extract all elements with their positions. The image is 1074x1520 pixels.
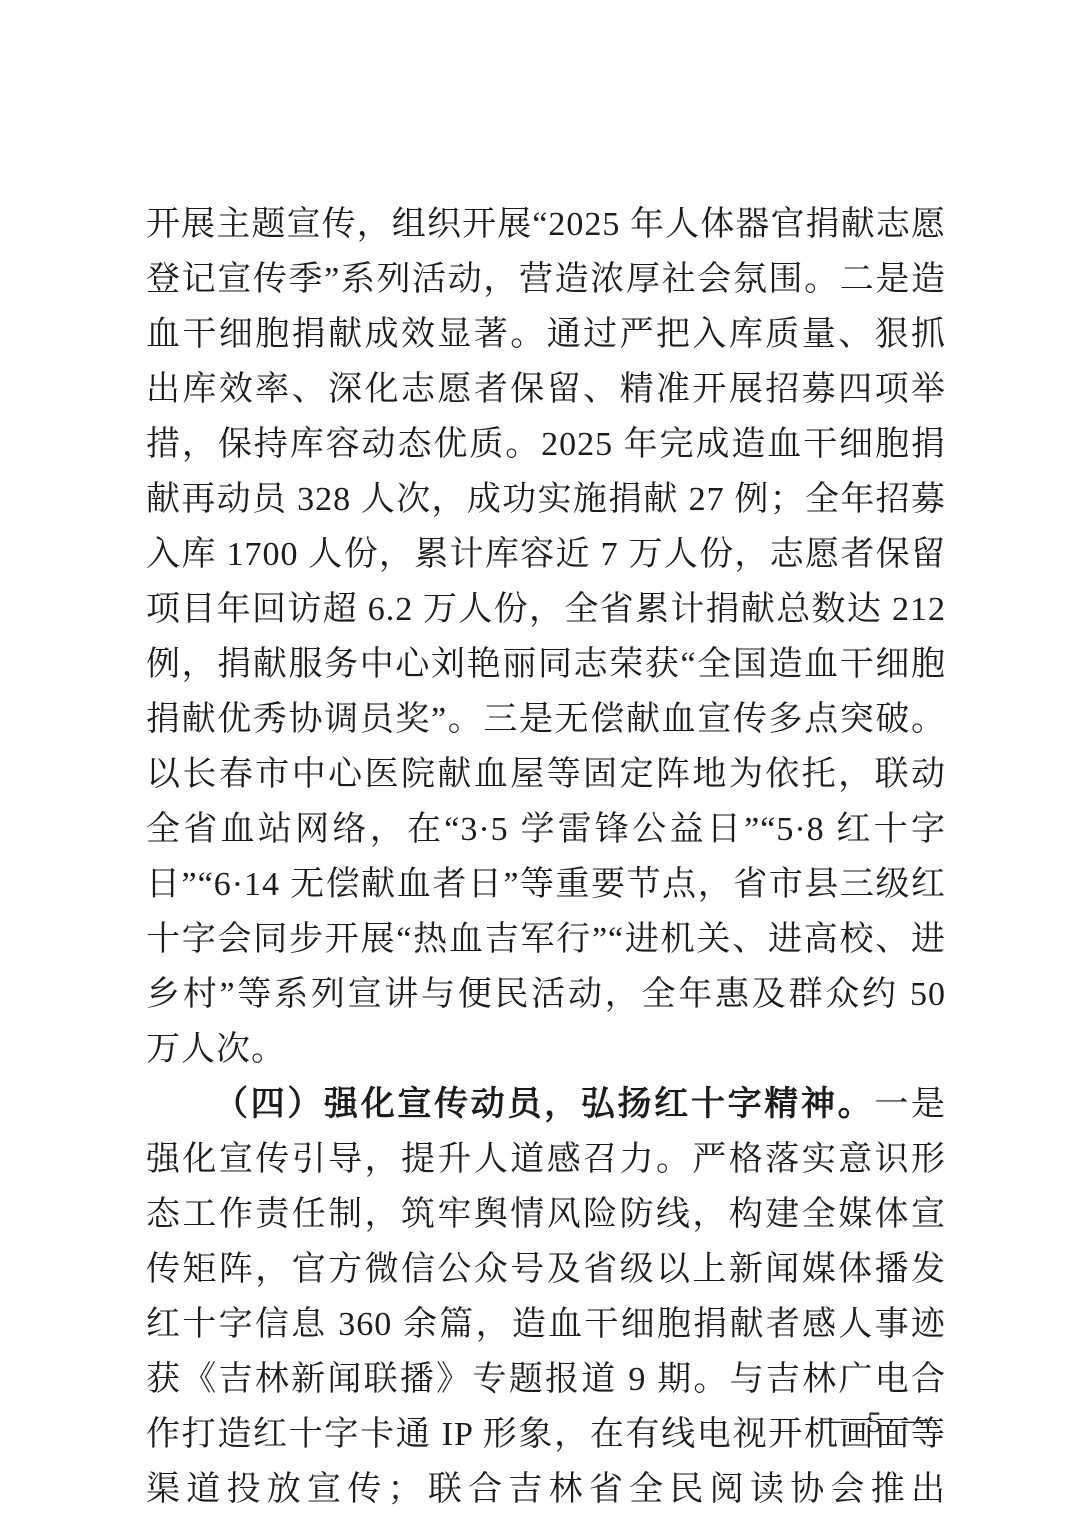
page-number: 5 bbox=[867, 1408, 882, 1438]
paragraph-continuation: 开展主题宣传，组织开展“2025 年人体器官捐献志愿登记宣传季”系列活动，营造浓… bbox=[146, 197, 946, 1077]
paragraph-section-four-text: 一是强化宣传引导，提升人道感召力。严格落实意识形态工作责任制，筑牢舆情风险防线，… bbox=[146, 1086, 946, 1508]
paragraph-continuation-text: 开展主题宣传，组织开展“2025 年人体器官捐献志愿登记宣传季”系列活动，营造浓… bbox=[146, 206, 946, 1068]
footer-right-dash: — bbox=[902, 1407, 930, 1435]
footer-left-dash: — bbox=[819, 1407, 847, 1435]
text-block: 开展主题宣传，组织开展“2025 年人体器官捐献志愿登记宣传季”系列活动，营造浓… bbox=[146, 197, 946, 1517]
page-footer: — 5 — bbox=[819, 1408, 930, 1438]
paragraph-section-four: （四）强化宣传动员，弘扬红十字精神。一是强化宣传引导，提升人道感召力。严格落实意… bbox=[146, 1077, 946, 1517]
section-four-heading: （四）强化宣传动员，弘扬红十字精神。 bbox=[214, 1086, 874, 1123]
document-page: 开展主题宣传，组织开展“2025 年人体器官捐献志愿登记宣传季”系列活动，营造浓… bbox=[0, 0, 1074, 1520]
